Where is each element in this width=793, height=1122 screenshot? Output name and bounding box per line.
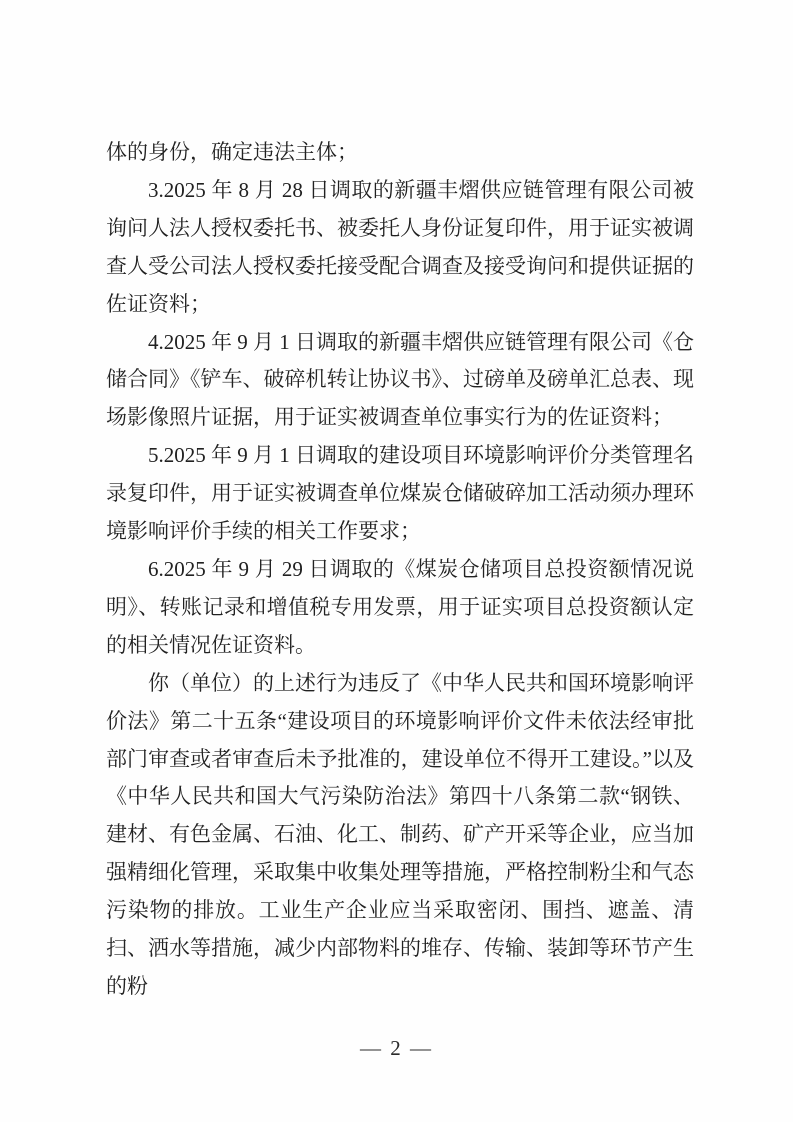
document-body: 体的身份，确定违法主体； 3.2025 年 8 月 28 日调取的新疆丰熠供应链… <box>106 134 694 1006</box>
paragraph-legal-basis: 你（单位）的上述行为违反了《中华人民共和国环境影响评价法》第二十五条“建设项目的… <box>106 665 694 1006</box>
document-page: 体的身份，确定违法主体； 3.2025 年 8 月 28 日调取的新疆丰熠供应链… <box>0 0 793 1122</box>
paragraph-evidence-item-3: 3.2025 年 8 月 28 日调取的新疆丰熠供应链管理有限公司被询问人法人授… <box>106 172 694 324</box>
paragraph-evidence-item-6: 6.2025 年 9 月 29 日调取的《煤炭仓储项目总投资额情况说明》、转账记… <box>106 551 694 665</box>
paragraph-evidence-item-5: 5.2025 年 9 月 1 日调取的建设项目环境影响评价分类管理名录复印件，用… <box>106 437 694 551</box>
paragraph-continuation: 体的身份，确定违法主体； <box>106 134 694 172</box>
paragraph-evidence-item-4: 4.2025 年 9 月 1 日调取的新疆丰熠供应链管理有限公司《仓储合同》《铲… <box>106 324 694 438</box>
page-number: — 2 — <box>0 1036 793 1061</box>
